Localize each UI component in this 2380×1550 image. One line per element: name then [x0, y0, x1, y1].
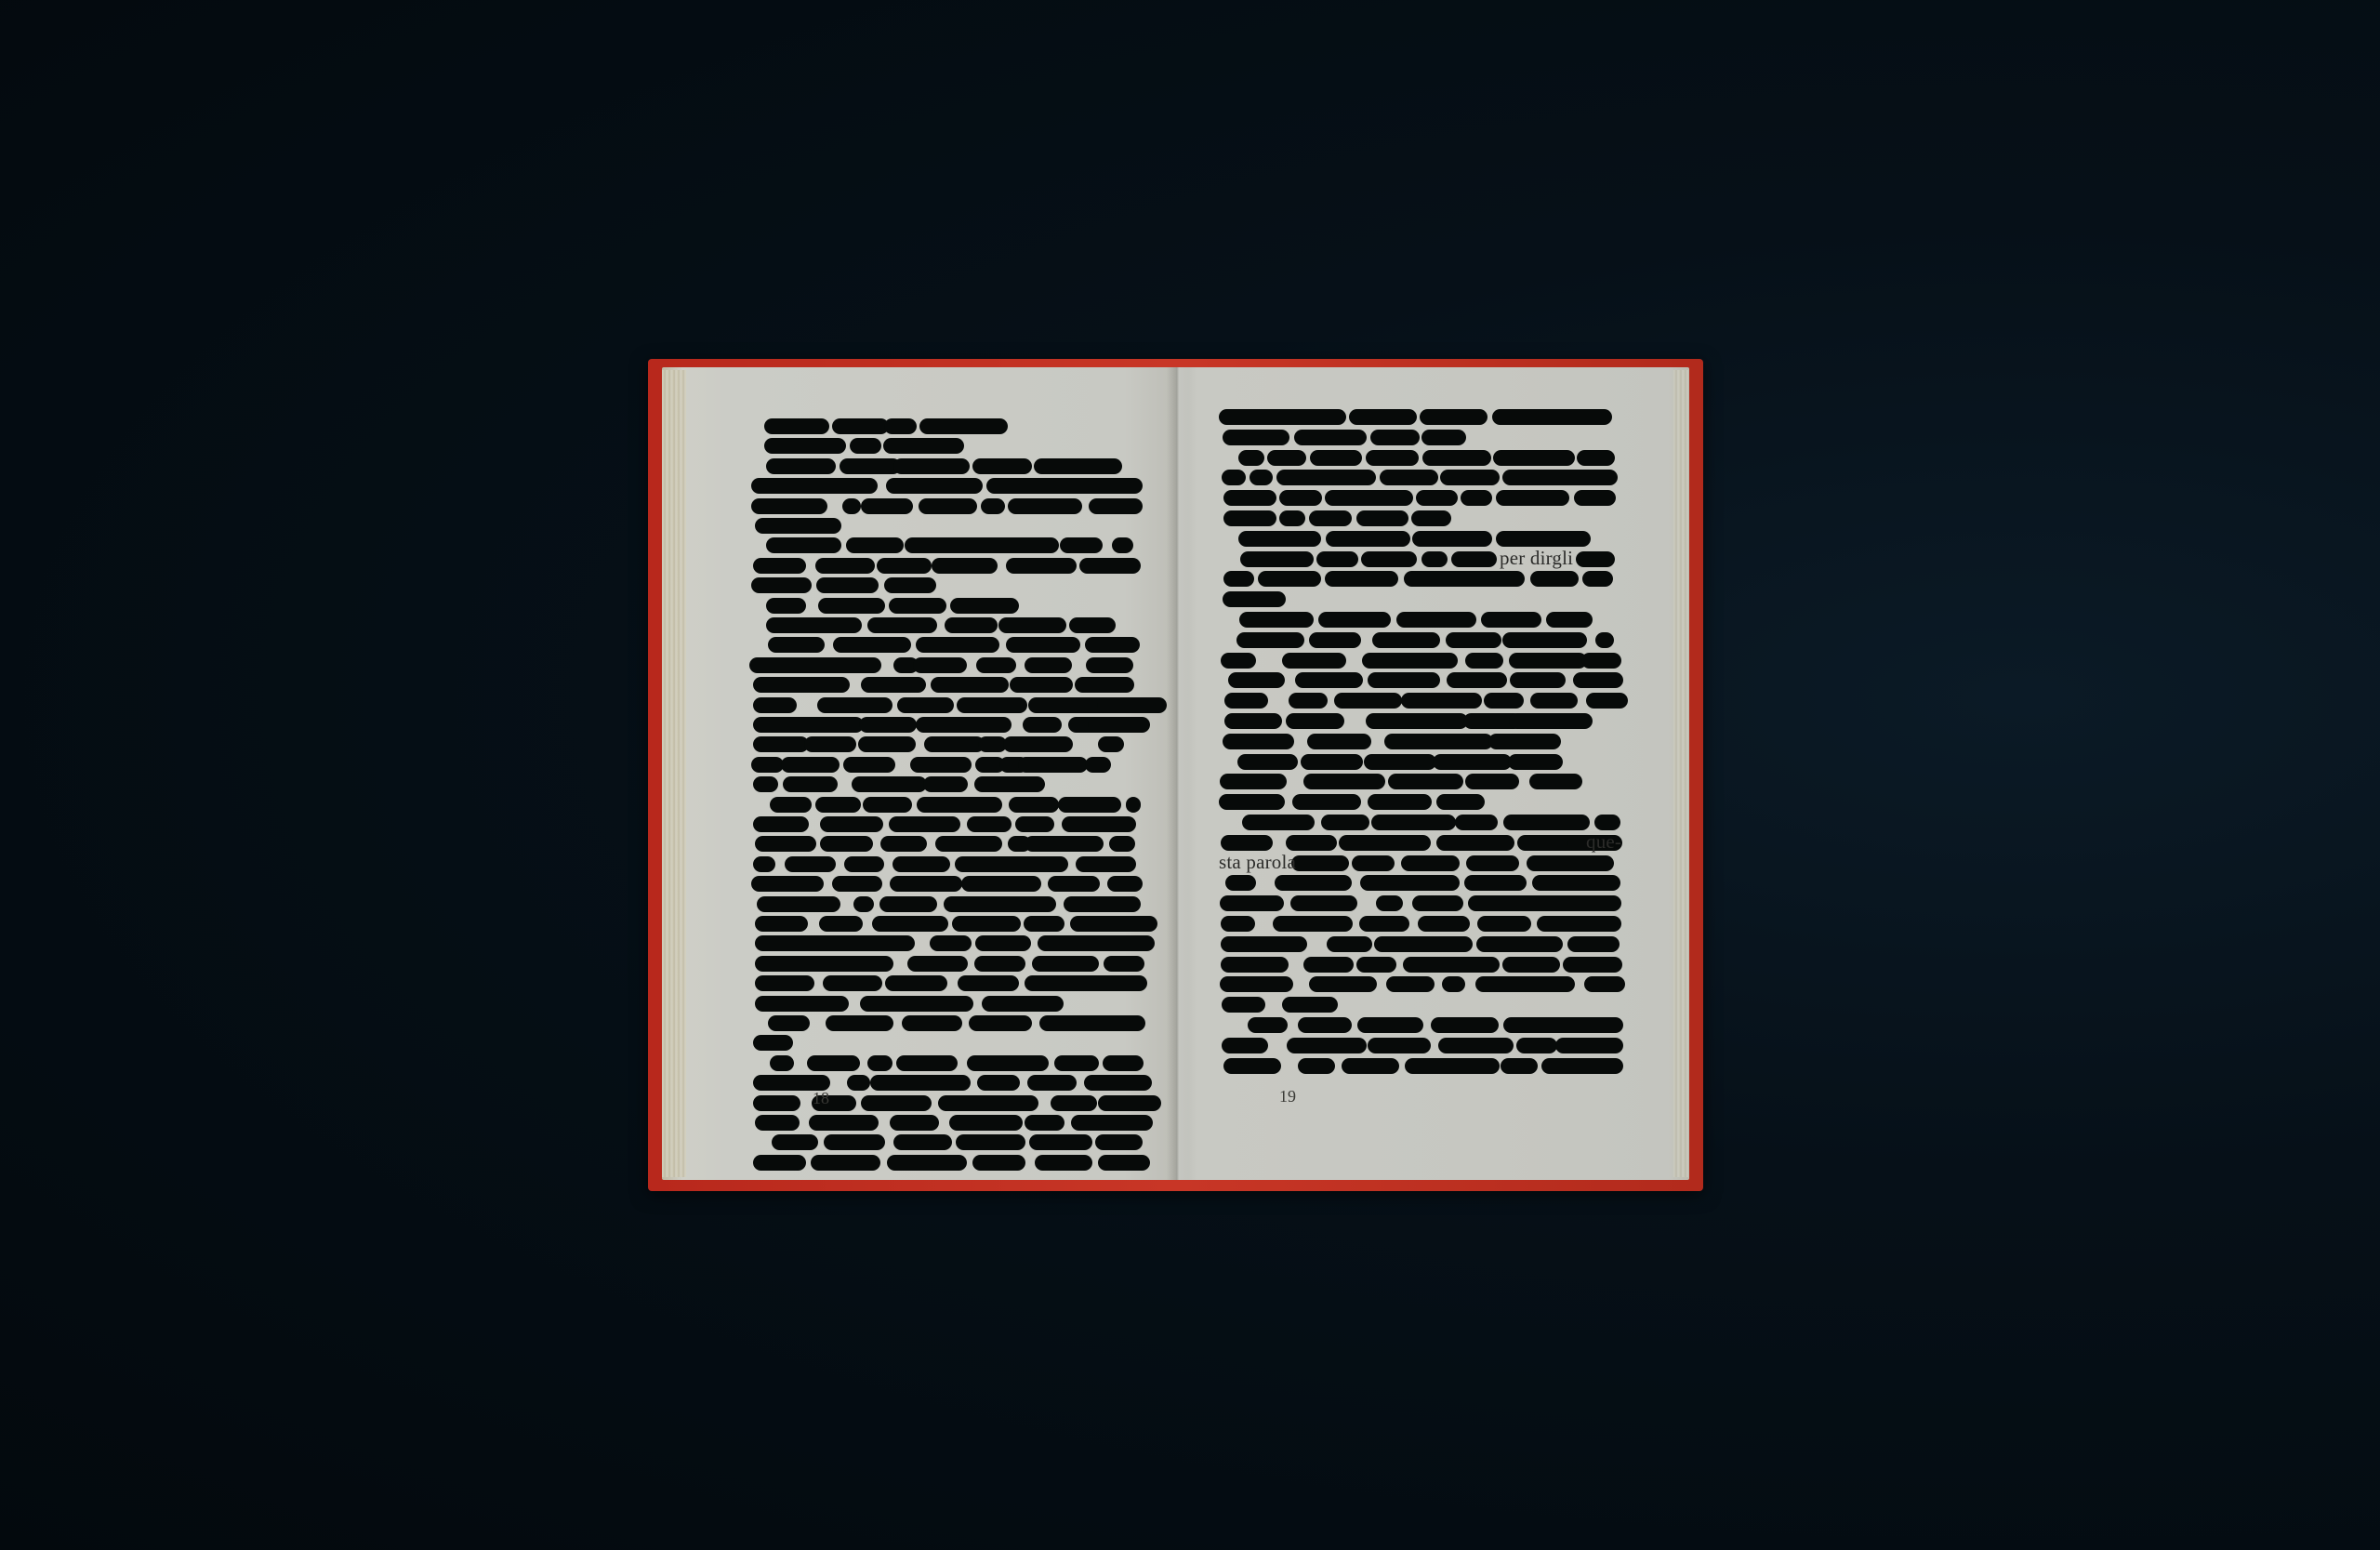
redaction-bar: [751, 498, 827, 514]
text-line: [764, 717, 1155, 734]
text-line: [764, 518, 1155, 535]
redaction-bar: [783, 776, 838, 792]
redaction-bar: [1070, 916, 1157, 932]
redaction-bar: [1488, 734, 1561, 749]
redaction-bar: [1075, 677, 1134, 693]
redaction-bar: [804, 736, 856, 752]
text-line: [764, 617, 1155, 634]
redaction-bar: [1503, 815, 1590, 830]
visible-word: sta parola: [1219, 851, 1296, 874]
redaction-bar: [1492, 409, 1612, 425]
text-line: [764, 1035, 1155, 1052]
redaction-bar: [1501, 1058, 1538, 1074]
redaction-bar: [1318, 612, 1391, 628]
redaction-bar: [1527, 855, 1614, 871]
redaction-bar: [1422, 450, 1491, 466]
redaction-bar: [753, 856, 775, 872]
redaction-bar: [843, 757, 895, 773]
text-line: [764, 935, 1155, 952]
text-line: [1219, 815, 1628, 831]
redaction-bar: [1309, 632, 1361, 648]
redaction-bar: [1401, 693, 1482, 709]
redaction-bar: [820, 816, 883, 832]
text-line: [1219, 754, 1628, 771]
redaction-bar: [1584, 976, 1625, 992]
redaction-bar: [1420, 409, 1487, 425]
redaction-bar: [1563, 957, 1622, 973]
redaction-bar: [1339, 835, 1431, 851]
redaction-bar: [1582, 571, 1613, 587]
redaction-bar: [1258, 571, 1321, 587]
redaction-bar: [1310, 450, 1362, 466]
text-line: [764, 418, 1155, 435]
redaction-bar: [950, 598, 1019, 614]
redaction-bar: [1298, 1017, 1352, 1033]
text-line: que-: [1219, 835, 1628, 852]
redaction-bar: [998, 617, 1066, 633]
text-line: [1219, 510, 1628, 527]
redaction-bar: [1034, 458, 1122, 474]
redaction-bar: [1006, 558, 1077, 574]
redaction-bar: [879, 896, 937, 912]
redaction-bar: [1421, 430, 1466, 445]
text-line: [764, 498, 1155, 515]
redaction-bar: [768, 1015, 810, 1031]
text-line: [1219, 450, 1628, 467]
redaction-bar: [1309, 976, 1377, 992]
text-line: [1219, 1058, 1628, 1075]
redaction-bar: [1405, 1058, 1500, 1074]
redaction-bar: [1438, 1038, 1514, 1053]
redaction-bar: [1298, 1058, 1335, 1074]
redaction-bar: [1238, 531, 1321, 547]
redaction-bar: [1368, 794, 1432, 810]
redaction-bar: [1451, 551, 1497, 567]
redaction-bar: [1436, 794, 1485, 810]
redaction-bar: [1468, 895, 1621, 911]
redaction-bar: [890, 1115, 939, 1131]
redaction-bar: [1224, 693, 1268, 709]
redaction-bar: [896, 1055, 958, 1071]
redaction-bar: [952, 916, 1021, 932]
redaction-bar: [1018, 757, 1088, 773]
text-line: [1219, 713, 1628, 730]
redaction-bar: [1509, 653, 1587, 669]
redaction-bar: [768, 637, 825, 653]
redaction-bar: [1334, 693, 1402, 709]
redaction-bar: [860, 996, 973, 1012]
redaction-bar: [1279, 490, 1322, 506]
redaction-bar: [916, 637, 999, 653]
redaction-bar: [1461, 490, 1492, 506]
redaction-bar: [753, 1095, 800, 1111]
redaction-bar: [842, 498, 861, 514]
text-line: [764, 478, 1155, 495]
text-line: [764, 537, 1155, 554]
redaction-bar: [1240, 551, 1314, 567]
redaction-bar: [1303, 774, 1385, 789]
redaction-bar: [861, 498, 913, 514]
text-line: [1219, 632, 1628, 649]
redaction-bar: [907, 956, 968, 972]
redaction-bar: [757, 896, 840, 912]
redaction-bar: [1112, 537, 1133, 553]
redaction-bar: [1403, 957, 1500, 973]
redaction-bar: [766, 458, 836, 474]
redaction-bar: [824, 1134, 885, 1150]
redaction-bar: [1537, 916, 1621, 932]
redaction-bar: [1058, 797, 1121, 813]
redaction-bar: [1510, 672, 1566, 688]
redaction-bar: [897, 697, 954, 713]
redaction-bar: [1374, 936, 1473, 952]
text-line: [764, 757, 1155, 774]
redaction-bar: [1039, 1015, 1145, 1031]
redaction-bar: [1541, 1058, 1623, 1074]
redaction-bar: [885, 975, 947, 991]
redaction-bar: [945, 617, 998, 633]
redaction-bar: [861, 677, 926, 693]
redaction-bar: [981, 498, 1005, 514]
text-line: [764, 916, 1155, 933]
redaction-bar: [1372, 632, 1440, 648]
redaction-bar: [877, 558, 932, 574]
redaction-bar: [772, 1134, 818, 1150]
redaction-bar: [1586, 693, 1628, 709]
redaction-bar: [893, 458, 970, 474]
redaction-bar: [755, 1115, 800, 1131]
redaction-bar: [889, 598, 946, 614]
visible-word: per dirgli: [1500, 547, 1573, 570]
redaction-bar: [1404, 571, 1525, 587]
redaction-bar: [1060, 537, 1103, 553]
text-line: [764, 956, 1155, 973]
redaction-bar: [1368, 672, 1440, 688]
redaction-bar: [1546, 612, 1593, 628]
redaction-bar: [1360, 875, 1460, 891]
left-page-text-block: [764, 418, 1155, 1069]
text-line: [1219, 591, 1628, 608]
redaction-bar: [820, 836, 873, 852]
text-line: [764, 896, 1155, 913]
redaction-bar: [764, 438, 846, 454]
text-line: [1219, 470, 1628, 486]
redaction-bar: [1220, 976, 1293, 992]
redaction-bar: [755, 935, 915, 951]
redaction-bar: [1357, 1017, 1423, 1033]
redaction-bar: [923, 776, 968, 792]
redaction-bar: [1364, 754, 1436, 770]
redaction-bar: [1273, 916, 1353, 932]
redaction-bar: [884, 577, 936, 593]
redaction-bar: [751, 876, 824, 892]
text-line: [764, 836, 1155, 853]
redaction-bar: [932, 558, 998, 574]
redaction-bar: [887, 1155, 967, 1171]
redaction-bar: [751, 577, 812, 593]
redaction-bar: [1088, 717, 1150, 733]
redaction-bar: [1097, 697, 1167, 713]
redaction-bar: [1236, 632, 1304, 648]
redaction-bar: [811, 1155, 880, 1171]
redaction-bar: [861, 1095, 932, 1111]
redaction-bar: [816, 577, 879, 593]
redaction-bar: [1567, 936, 1620, 952]
text-line: per dirgli: [1219, 551, 1628, 568]
redaction-bar: [1069, 617, 1116, 633]
redaction-bar: [1368, 1038, 1431, 1053]
redaction-bar: [969, 1015, 1032, 1031]
redaction-bar: [749, 657, 881, 673]
redaction-bar: [1412, 895, 1463, 911]
redaction-bar: [1436, 835, 1514, 851]
redaction-bar: [893, 1134, 952, 1150]
redaction-bar: [1581, 653, 1621, 669]
redaction-bar: [1085, 637, 1140, 653]
redaction-bar: [1095, 1134, 1143, 1150]
redaction-bar: [958, 975, 1019, 991]
text-line: [764, 1134, 1155, 1151]
redaction-bar: [1248, 1017, 1288, 1033]
redaction-bar: [1502, 632, 1587, 648]
redaction-bar: [1062, 816, 1136, 832]
text-line: [1219, 794, 1628, 811]
redaction-bar: [1301, 754, 1363, 770]
redaction-bar: [1219, 409, 1346, 425]
redaction-bar: [1032, 956, 1099, 972]
redaction-bar: [870, 1075, 971, 1091]
text-line: [1219, 672, 1628, 689]
redaction-bar: [1126, 797, 1141, 813]
redaction-bar: [1223, 734, 1294, 749]
redaction-bar: [815, 797, 861, 813]
redaction-bar: [832, 418, 889, 434]
text-line: [1219, 976, 1628, 993]
text-line: [764, 1155, 1155, 1172]
redaction-bar: [1089, 498, 1143, 514]
redaction-bar: [1530, 693, 1578, 709]
redaction-bar: [1401, 855, 1460, 871]
redaction-bar: [766, 537, 841, 553]
redaction-bar: [1325, 571, 1398, 587]
visible-word: que-: [1586, 830, 1621, 854]
redaction-bar: [755, 518, 841, 534]
text-line: [764, 1055, 1155, 1072]
redaction-bar: [858, 736, 916, 752]
redaction-bar: [972, 1155, 1025, 1171]
redaction-bar: [755, 916, 808, 932]
redaction-bar: [1064, 896, 1141, 912]
page-edges-right: [1673, 370, 1688, 1177]
redaction-bar: [1228, 672, 1285, 688]
redaction-bar: [1051, 1095, 1097, 1111]
redaction-bar: [1054, 1055, 1099, 1071]
redaction-bar: [1326, 531, 1410, 547]
text-line: [1219, 531, 1628, 548]
redaction-bar: [1307, 734, 1371, 749]
redaction-bar: [1466, 855, 1519, 871]
redaction-bar: [1433, 754, 1512, 770]
text-line: [1219, 490, 1628, 507]
redaction-bar: [931, 677, 1009, 693]
redaction-bar: [889, 816, 960, 832]
redaction-bar: [986, 478, 1143, 494]
redaction-bar: [844, 856, 884, 872]
redaction-bar: [1356, 510, 1408, 526]
redaction-bar: [1275, 875, 1352, 891]
redaction-bar: [770, 1055, 794, 1071]
redaction-bar: [1418, 916, 1470, 932]
redaction-bar: [823, 975, 882, 991]
redaction-bar: [1493, 450, 1575, 466]
redaction-bar: [753, 717, 864, 733]
text-line: [1219, 1017, 1628, 1034]
redaction-bar: [819, 916, 863, 932]
redaction-bar: [1396, 612, 1476, 628]
text-line: [764, 975, 1155, 992]
redaction-bar: [1291, 855, 1349, 871]
redaction-bar: [1559, 713, 1593, 729]
redaction-bar: [974, 956, 1025, 972]
text-line: [1219, 895, 1628, 912]
text-line: [764, 458, 1155, 475]
redaction-bar: [1446, 632, 1501, 648]
redaction-bar: [809, 1115, 879, 1131]
redaction-bar: [1440, 470, 1500, 485]
text-line: [764, 1115, 1155, 1132]
redaction-bar: [867, 617, 937, 633]
redaction-bar: [976, 657, 1016, 673]
redaction-bar: [1282, 653, 1346, 669]
redaction-bar: [785, 856, 836, 872]
redaction-bar: [1219, 794, 1285, 810]
text-line: [1219, 409, 1628, 426]
redaction-bar: [1465, 653, 1503, 669]
redaction-bar: [753, 736, 809, 752]
redaction-bar: [850, 438, 881, 454]
redaction-bar: [949, 1115, 1023, 1131]
redaction-bar: [1295, 672, 1363, 688]
redaction-bar: [1103, 1055, 1144, 1071]
redaction-bar: [1573, 672, 1623, 688]
redaction-bar: [1224, 713, 1282, 729]
redaction-bar: [917, 797, 1002, 813]
redaction-bar: [1086, 657, 1133, 673]
redaction-bar: [1109, 836, 1135, 852]
text-line: [764, 697, 1155, 714]
redaction-bar: [977, 1075, 1020, 1091]
redaction-bar: [753, 1155, 806, 1171]
redaction-bar: [938, 1095, 1038, 1111]
redaction-bar: [1249, 470, 1273, 485]
redaction-bar: [1023, 717, 1062, 733]
redaction-bar: [1048, 876, 1100, 892]
redaction-bar: [1290, 895, 1357, 911]
redaction-bar: [832, 876, 882, 892]
redaction-bar: [1464, 875, 1527, 891]
text-line: [764, 577, 1155, 594]
redaction-bar: [975, 935, 1031, 951]
redaction-bar: [944, 896, 1056, 912]
redaction-bar: [919, 418, 1008, 434]
text-line: [764, 856, 1155, 873]
redaction-bar: [1502, 957, 1560, 973]
redaction-bar: [1222, 1038, 1268, 1053]
redaction-bar: [770, 797, 812, 813]
redaction-bar: [1411, 510, 1451, 526]
redaction-bar: [967, 816, 1011, 832]
page-number-right: 19: [1279, 1087, 1296, 1106]
redaction-bar: [957, 697, 1027, 713]
redaction-bar: [1286, 713, 1344, 729]
redaction-bar: [753, 677, 850, 693]
redaction-bar: [1416, 490, 1458, 506]
redaction-bar: [1008, 498, 1082, 514]
redaction-bar: [1447, 672, 1507, 688]
redaction-bar: [847, 1075, 870, 1091]
redaction-bar: [755, 836, 816, 852]
redaction-bar: [1576, 551, 1615, 567]
redaction-bar: [1223, 591, 1286, 607]
text-line: [1219, 734, 1628, 750]
text-line: [1219, 693, 1628, 709]
redaction-bar: [1477, 916, 1531, 932]
redaction-bar: [863, 797, 912, 813]
redaction-bar: [1412, 531, 1492, 547]
redaction-bar: [751, 757, 784, 773]
redaction-bar: [764, 418, 829, 434]
redaction-bar: [1361, 551, 1417, 567]
redaction-bar: [1098, 1095, 1161, 1111]
redaction-bar: [974, 776, 1045, 792]
right-page-text-block: per dirglique-sta parola: [1219, 409, 1628, 1079]
redaction-bar: [1362, 653, 1458, 669]
text-line: [1219, 875, 1628, 892]
redaction-bar: [1481, 612, 1541, 628]
text-line: [1219, 430, 1628, 446]
redaction-bar: [1384, 734, 1493, 749]
redaction-bar: [1503, 1017, 1623, 1033]
text-line: [764, 797, 1155, 814]
page-edges-left: [662, 370, 686, 1177]
redaction-bar: [1242, 815, 1315, 830]
redaction-bar: [1286, 835, 1337, 851]
redaction-bar: [1025, 657, 1072, 673]
redaction-bar: [1356, 957, 1396, 973]
redaction-bar: [961, 876, 1041, 892]
redaction-bar: [859, 717, 917, 733]
redaction-bar: [766, 598, 806, 614]
text-line: sta parola: [1219, 855, 1628, 872]
redaction-bar: [1025, 836, 1104, 852]
text-line: [764, 598, 1155, 615]
redaction-bar: [1025, 975, 1147, 991]
redaction-bar: [751, 478, 878, 494]
redaction-bar: [1294, 430, 1367, 445]
redaction-bar: [1239, 612, 1314, 628]
redaction-bar: [1431, 1017, 1499, 1033]
redaction-bar: [1024, 916, 1064, 932]
redaction-bar: [1516, 1038, 1557, 1053]
redaction-bar: [972, 458, 1032, 474]
redaction-bar: [1292, 794, 1361, 810]
redaction-bar: [1223, 430, 1289, 445]
redaction-bar: [1442, 976, 1465, 992]
redaction-bar: [913, 657, 967, 673]
redaction-bar: [924, 736, 985, 752]
redaction-bar: [916, 717, 1011, 733]
text-line: [764, 637, 1155, 654]
